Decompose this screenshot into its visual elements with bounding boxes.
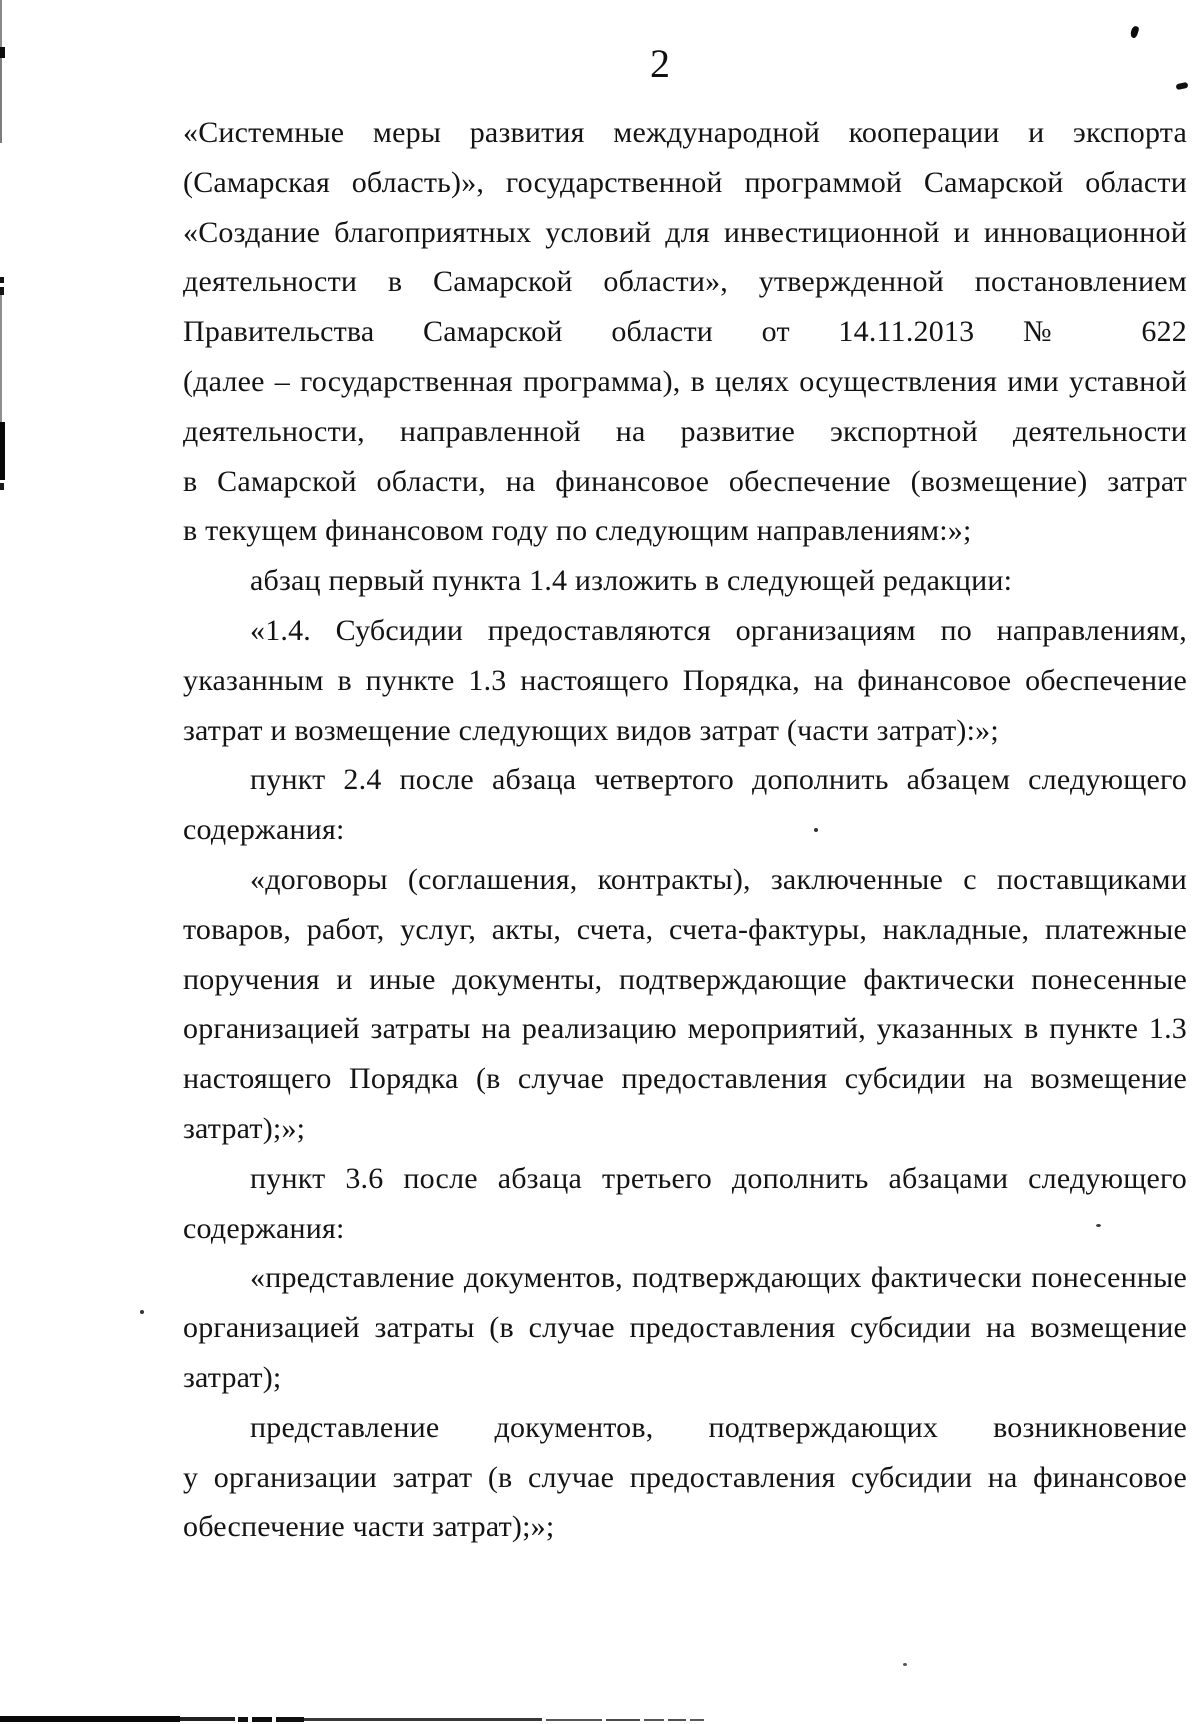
- text-line: товаров, работ, услуг, акты, счета, счет…: [183, 905, 1187, 955]
- scan-artifact-bottom-line: [238, 1717, 248, 1722]
- text-line: абзац первый пункта 1.4 изложить в следу…: [183, 556, 1187, 606]
- text-line: деятельности, направленной на развитие э…: [183, 407, 1187, 457]
- text-line: у организации затрат (в случае предостав…: [183, 1453, 1187, 1503]
- text-line: «Создание благоприятных условий для инве…: [183, 208, 1187, 258]
- scan-artifact-edge-line: [0, 0, 2, 50]
- scan-artifact-edge-line: [0, 295, 2, 422]
- text-line: обеспечение части затрат);»;: [183, 1502, 1187, 1552]
- scan-artifact-speck: [1176, 82, 1189, 90]
- text-line: «договоры (соглашения, контракты), заклю…: [183, 855, 1187, 905]
- document-body: «Системные меры развития международной к…: [183, 108, 1187, 1552]
- text-line: деятельности в Самарской области», утвер…: [183, 257, 1187, 307]
- text-line: Правительства Самарской области от 14.11…: [183, 307, 1187, 357]
- text-line: содержания:: [183, 805, 1187, 855]
- text-line: затрат);: [183, 1353, 1187, 1403]
- text-line: поручения и иные документы, подтверждающ…: [183, 955, 1187, 1005]
- scan-artifact-bottom-line: [252, 1717, 272, 1722]
- paragraph: пункт 3.6 после абзаца третьего дополнит…: [183, 1154, 1187, 1254]
- text-line: «1.4. Субсидии предоставляются организац…: [183, 606, 1187, 656]
- scan-artifact-bottom-line: [180, 1717, 235, 1721]
- text-line: пункт 3.6 после абзаца третьего дополнит…: [183, 1154, 1187, 1204]
- scan-artifact-speck: [1096, 1224, 1101, 1227]
- scan-artifact-edge-block: [0, 47, 5, 58]
- scan-artifact-bottom-line: [606, 1719, 640, 1721]
- scan-artifact-bottom-line: [276, 1717, 304, 1722]
- paragraph: «представление документов, подтверждающи…: [183, 1253, 1187, 1402]
- text-line: «представление документов, подтверждающи…: [183, 1253, 1187, 1303]
- text-line: (Самарская область)», государственной пр…: [183, 158, 1187, 208]
- scan-artifact-edge-tick: [0, 277, 4, 283]
- paragraph: абзац первый пункта 1.4 изложить в следу…: [183, 556, 1187, 606]
- scan-artifact-bottom-line: [690, 1719, 704, 1721]
- scan-artifact-edge-tick: [0, 483, 4, 490]
- text-line: в Самарской области, на финансовое обесп…: [183, 457, 1187, 507]
- text-line: настоящего Порядка (в случае предоставле…: [183, 1054, 1187, 1104]
- paragraph: «1.4. Субсидии предоставляются организац…: [183, 606, 1187, 755]
- text-line: организацией затраты на реализацию мероп…: [183, 1004, 1187, 1054]
- scan-artifact-speck: [140, 1310, 144, 1314]
- paragraph: «договоры (соглашения, контракты), заклю…: [183, 855, 1187, 1154]
- text-line: пункт 2.4 после абзаца четвертого дополн…: [183, 755, 1187, 805]
- scan-artifact-bottom-line: [304, 1718, 542, 1721]
- scan-artifact-edge-tick: [0, 287, 4, 295]
- scan-artifact-bottom-line: [644, 1719, 664, 1721]
- text-line: представление документов, подтверждающих…: [183, 1403, 1187, 1453]
- text-line: затрат);»;: [183, 1104, 1187, 1154]
- text-line: (далее – государственная программа), в ц…: [183, 357, 1187, 407]
- scan-artifact-speck: [903, 1663, 907, 1666]
- text-line: организацией затраты (в случае предостав…: [183, 1303, 1187, 1353]
- page-number: 2: [650, 44, 670, 84]
- scan-artifact-bottom-line: [668, 1719, 686, 1721]
- scan-artifact-edge-line: [0, 58, 2, 143]
- scan-artifact-speck: [1129, 25, 1139, 39]
- scan-artifact-bottom-line: [0, 1716, 180, 1722]
- scan-artifact-bottom-line: [546, 1719, 602, 1721]
- text-line: затрат и возмещение следующих видов затр…: [183, 706, 1187, 756]
- text-line: указанным в пункте 1.3 настоящего Порядк…: [183, 656, 1187, 706]
- text-line: «Системные меры развития международной к…: [183, 108, 1187, 158]
- paragraph: «Системные меры развития международной к…: [183, 108, 1187, 556]
- scan-artifact-speck: [814, 828, 818, 832]
- document-page: 2 «Системные меры развития международной…: [0, 0, 1200, 1724]
- paragraph: пункт 2.4 после абзаца четвертого дополн…: [183, 755, 1187, 855]
- text-line: в текущем финансовом году по следующим н…: [183, 506, 1187, 556]
- scan-artifact-edge-bar: [0, 422, 5, 480]
- paragraph: представление документов, подтверждающих…: [183, 1403, 1187, 1552]
- text-line: содержания:: [183, 1204, 1187, 1254]
